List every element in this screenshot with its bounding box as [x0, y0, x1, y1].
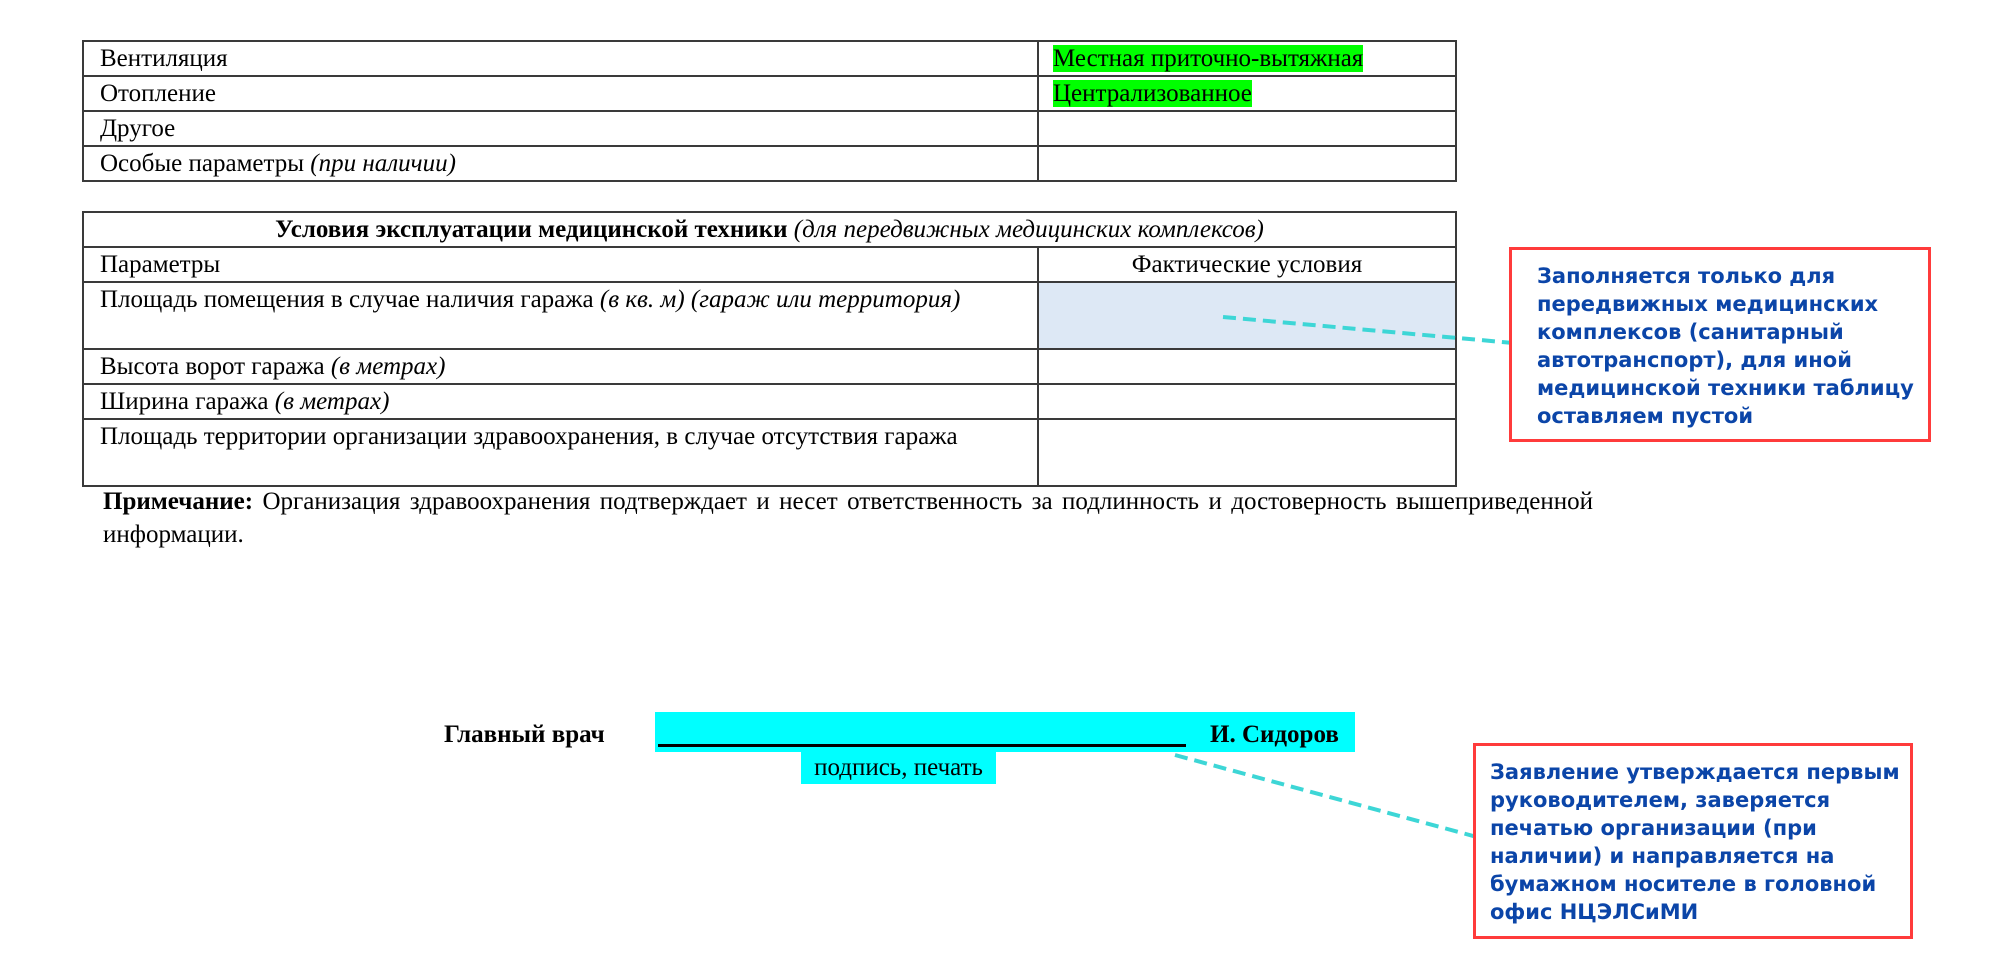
- special-params-value-cell[interactable]: [1038, 146, 1456, 181]
- equipment-conditions-table: Условия эксплуатации медицинской техники…: [82, 211, 1457, 487]
- garage-area-label: Площадь помещения в случае наличия гараж…: [100, 286, 600, 313]
- table-title-row: Условия эксплуатации медицинской техники…: [83, 212, 1456, 247]
- signature-name: И. Сидоров: [1210, 718, 1339, 751]
- signature-position: Главный врач: [444, 718, 605, 751]
- callout-line: офис НЦЭЛСиМИ: [1490, 898, 1910, 926]
- table-row: Отопление Централизованное: [83, 76, 1456, 111]
- callout-line: оставляем пустой: [1537, 402, 1928, 430]
- special-params-label: Особые параметры: [100, 150, 310, 177]
- callout-signature: Заявление утверждается первым руководите…: [1473, 743, 1913, 939]
- garage-area-value-cell[interactable]: [1038, 282, 1456, 349]
- row-label: Вентиляция: [83, 41, 1038, 76]
- note-paragraph: Примечание: Организация здравоохранения …: [103, 485, 1593, 551]
- table-row: Ширина гаража (в метрах): [83, 384, 1456, 419]
- row-label: Особые параметры (при наличии): [83, 146, 1038, 181]
- garage-width-label: Ширина гаража: [100, 388, 275, 415]
- heating-label: Отопление: [100, 80, 216, 107]
- callout-line: комплексов (санитарный: [1537, 318, 1928, 346]
- callout-equipment-table: Заполняется только для передвижных медиц…: [1509, 247, 1931, 442]
- column-header-params: Параметры: [83, 247, 1038, 282]
- callout-line: автотранспорт), для иной: [1537, 346, 1928, 374]
- heating-value-cell[interactable]: Централизованное: [1038, 76, 1456, 111]
- row-label: Площадь территории организации здравоохр…: [83, 419, 1038, 486]
- table-title-note: (для передвижных медицинских комплексов): [788, 216, 1264, 243]
- callout-line: передвижных медицинских: [1537, 290, 1928, 318]
- table-row: Особые параметры (при наличии): [83, 146, 1456, 181]
- other-label: Другое: [100, 115, 175, 142]
- garage-width-value-cell[interactable]: [1038, 384, 1456, 419]
- row-label: Высота ворот гаража (в метрах): [83, 349, 1038, 384]
- signature-caption: подпись, печать: [801, 751, 996, 784]
- ventilation-value: Местная приточно-вытяжная: [1053, 45, 1363, 72]
- row-label: Ширина гаража (в метрах): [83, 384, 1038, 419]
- callout-line: руководителем, заверяется: [1490, 786, 1910, 814]
- callout-line: бумажном носителе в головной: [1490, 870, 1910, 898]
- row-label: Отопление: [83, 76, 1038, 111]
- table-row: Высота ворот гаража (в метрах): [83, 349, 1456, 384]
- callout-line: Заполняется только для: [1537, 262, 1928, 290]
- table-header-row: Параметры Фактические условия: [83, 247, 1456, 282]
- table-row: Другое: [83, 111, 1456, 146]
- table-row: Площадь территории организации здравоохр…: [83, 419, 1456, 486]
- table-row: Вентиляция Местная приточно-вытяжная: [83, 41, 1456, 76]
- ventilation-label: Вентиляция: [100, 45, 228, 72]
- table-row: Площадь помещения в случае наличия гараж…: [83, 282, 1456, 349]
- leader-line-signature: [1175, 755, 1488, 840]
- table-title-bold: Условия эксплуатации медицинской техники: [275, 216, 787, 243]
- table-title: Условия эксплуатации медицинской техники…: [83, 212, 1456, 247]
- row-label: Площадь помещения в случае наличия гараж…: [83, 282, 1038, 349]
- garage-area-note: (в кв. м) (гараж или территория): [600, 286, 960, 313]
- territory-area-value-cell[interactable]: [1038, 419, 1456, 486]
- ventilation-value-cell[interactable]: Местная приточно-вытяжная: [1038, 41, 1456, 76]
- garage-width-note: (в метрах): [275, 388, 390, 415]
- gate-height-value-cell[interactable]: [1038, 349, 1456, 384]
- note-label: Примечание:: [103, 488, 253, 515]
- callout-line: печатью организации (при: [1490, 814, 1910, 842]
- territory-area-label: Площадь территории организации здравоохр…: [100, 423, 958, 450]
- note-text: Организация здравоохранения подтверждает…: [103, 488, 1593, 548]
- utilities-table: Вентиляция Местная приточно-вытяжная Ото…: [82, 40, 1457, 182]
- special-params-note: (при наличии): [310, 150, 456, 177]
- signature-line[interactable]: [658, 744, 1186, 747]
- heating-value: Централизованное: [1053, 80, 1252, 107]
- callout-line: медицинской техники таблицу: [1537, 374, 1928, 402]
- row-label: Другое: [83, 111, 1038, 146]
- gate-height-label: Высота ворот гаража: [100, 353, 331, 380]
- callout-line: Заявление утверждается первым: [1490, 758, 1910, 786]
- other-value-cell[interactable]: [1038, 111, 1456, 146]
- gate-height-note: (в метрах): [331, 353, 446, 380]
- column-header-actual: Фактические условия: [1038, 247, 1456, 282]
- callout-line: наличии) и направляется на: [1490, 842, 1910, 870]
